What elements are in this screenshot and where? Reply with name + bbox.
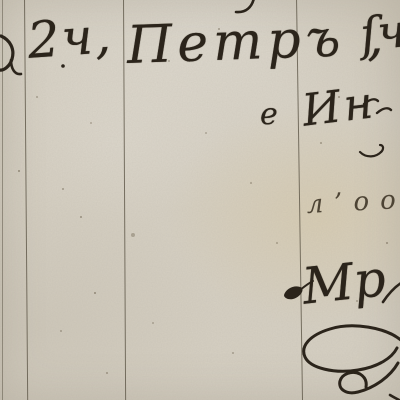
in-hook (360, 145, 383, 156)
ink-layer: 2ч, Петръ , ſч е Ин л’оо Мр (0, 0, 400, 400)
handwritten-word-row3: л’оо (306, 187, 400, 218)
handwritten-name-continuation: ſч (358, 7, 400, 58)
handwritten-word-mr: Мр (300, 253, 388, 311)
big-flourish-tail (390, 395, 400, 400)
handwritten-word-e: е (260, 100, 278, 130)
handwritten-row-number: 2ч, (26, 10, 114, 66)
left-partial-glyph (0, 36, 13, 70)
handwritten-word-in: Ин (300, 81, 378, 134)
big-flourish-loop (304, 326, 400, 371)
mr-lead-swash (284, 286, 303, 299)
top-swash (236, 0, 254, 12)
left-partial-glyph-tail (11, 60, 21, 74)
handwritten-name: Петръ , (126, 11, 389, 72)
manuscript-page: 2ч, Петръ , ſч е Ин л’оо Мр (0, 0, 400, 400)
in-trailing-dash-2 (377, 108, 391, 113)
big-flourish-curl (340, 363, 398, 393)
